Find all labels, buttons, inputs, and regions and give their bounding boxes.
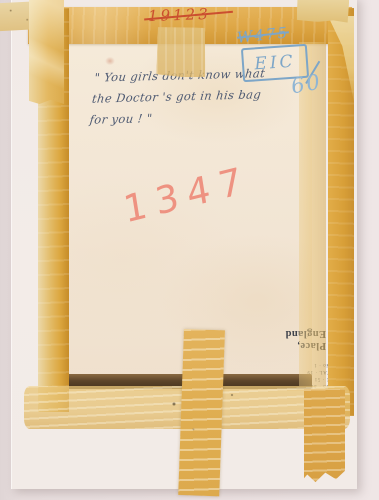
- crossed-out-inscription: 19123: [148, 5, 211, 25]
- tape-strip-right-outer: [328, 8, 354, 416]
- red-catalogue-number: 1347: [121, 157, 254, 231]
- tape-piece-top-right: [297, 0, 350, 23]
- blue-boxed-code-text: EIC: [254, 52, 296, 75]
- tape-piece-top-center: [156, 26, 207, 78]
- mount-board: " You girls don't know what the Doctor '…: [11, 0, 357, 489]
- tape-strip-bottom-right: [304, 389, 345, 484]
- photo-backdrop: " You girls don't know what the Doctor '…: [0, 0, 379, 500]
- tape-strip-bottom-center: [178, 329, 225, 496]
- note-line: for you ! ": [88, 104, 295, 130]
- tape-fold-top-left: [29, 0, 64, 104]
- tape-fold-top-right: [328, 16, 354, 102]
